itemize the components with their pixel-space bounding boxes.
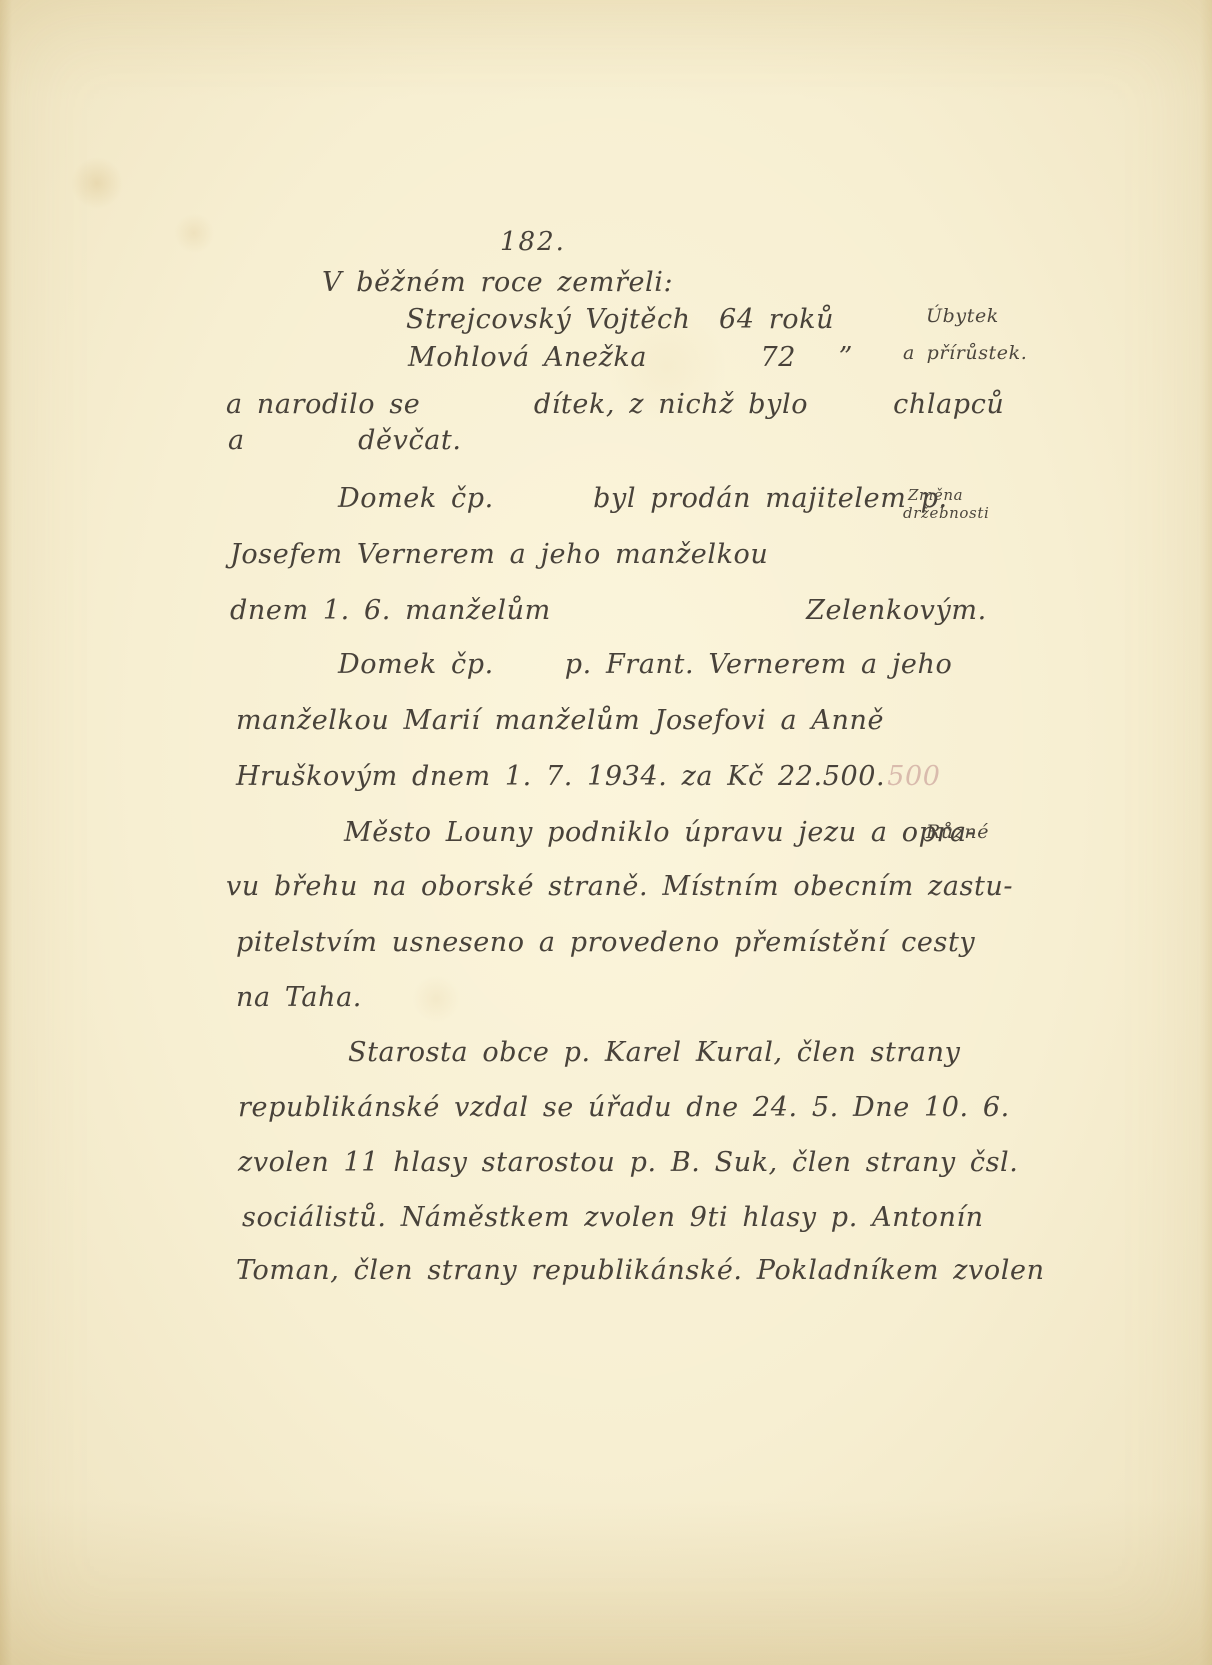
margin-note-prirustek: a přírůstek. — [903, 343, 1027, 364]
text-line-weir-4: na Taha. — [236, 983, 362, 1013]
text-line-mayor-2: republikánské vzdal se úřadu dne 24. 5. … — [238, 1093, 1010, 1123]
text-line-mayor-4: sociálistů. Náměstkem zvolen 9ti hlasy p… — [242, 1203, 984, 1233]
text-line-death-entry-1: Strejcovský Vojtěch 64 roků — [406, 305, 834, 335]
chronicle-page: 182. V běžném roce zemřeli: Strejcovský … — [0, 0, 1212, 1665]
margin-note-drzebnosti: držebnosti — [903, 505, 989, 522]
text-line-births-2: a děvčat. — [228, 426, 462, 456]
text-line-house-sale-3: dnem 1. 6. manželům Zelenkovým. — [230, 596, 987, 626]
text-line-death-entry-2: Mohlová Anežka 72 ” — [408, 343, 853, 373]
text-line-weir-1: Město Louny podniklo úpravu jezu a opra- — [344, 818, 976, 848]
margin-note-ubytek: Úbytek — [926, 306, 999, 327]
text-line-weir-2: vu břehu na oborské straně. Místním obec… — [226, 872, 1013, 902]
page-number: 182. — [500, 228, 566, 257]
text-line-births-1: a narodilo se dítek, z nichž bylo chlapc… — [226, 390, 1004, 420]
text-line-house-sale-1: Domek čp. byl prodán majitelem p. — [338, 484, 948, 514]
text-line-price: Hruškovým dnem 1. 7. 1934. za Kč 22.500. — [236, 761, 885, 792]
margin-note-ruzne: Různé — [926, 822, 989, 843]
text-line-house-sale-2: Josefem Vernerem a jeho manželkou — [230, 540, 768, 570]
faint-price-annotation: 500 — [887, 761, 940, 792]
text-line-mayor-5: Toman, člen strany republikánské. Poklad… — [236, 1256, 1045, 1286]
text-line-house-sale2-1: Domek čp. p. Frant. Vernerem a jeho — [338, 650, 952, 680]
margin-note-zmena: Změna — [908, 487, 963, 504]
text-line-mayor-1: Starosta obce p. Karel Kural, člen stran… — [348, 1038, 960, 1068]
text-line-house-sale2-3: Hruškovým dnem 1. 7. 1934. za Kč 22.500.… — [236, 762, 941, 792]
text-line-deaths-heading: V běžném roce zemřeli: — [322, 268, 673, 298]
text-line-house-sale2-2: manželkou Marií manželům Josefovi a Anně — [236, 706, 884, 736]
text-line-mayor-3: zvolen 11 hlasy starostou p. B. Suk, čle… — [238, 1148, 1018, 1178]
text-line-weir-3: pitelstvím usneseno a provedeno přemístě… — [236, 928, 975, 958]
